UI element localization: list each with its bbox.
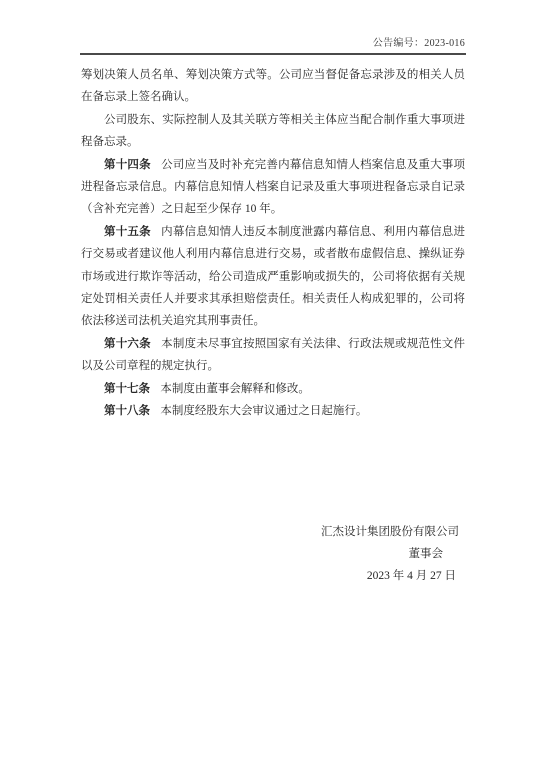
paragraph-continuation: 筹划决策人员名单、筹划决策方式等。公司应当督促备忘录涉及的相关人员在备忘录上签名…: [81, 64, 465, 109]
paragraph-text: 内幕信息知情人违反本制度泄露内幕信息、利用内幕信息进行交易或者建议他人利用内幕信…: [81, 226, 465, 328]
paragraph-shareholders: 公司股东、实际控制人及其关联方等相关主体应当配合制作重大事项进程备忘录。: [81, 109, 465, 154]
article-number: 第十八条: [104, 405, 150, 417]
header-divider: [80, 53, 466, 55]
paragraph-text: 本制度经股东大会审议通过之日起施行。: [160, 405, 367, 417]
article-number: 第十七条: [104, 383, 150, 395]
paragraph-article-16: 第十六条本制度未尽事宜按照国家有关法律、行政法规或规范性文件以及公司章程的规定执…: [81, 333, 465, 378]
paragraph-article-17: 第十七条本制度由董事会解释和修改。: [81, 378, 465, 400]
article-number: 第十六条: [104, 338, 151, 350]
document-page: 公告编号：2023-016 筹划决策人员名单、筹划决策方式等。公司应当督促备忘录…: [0, 0, 545, 771]
signature-signer: 董事会: [81, 543, 465, 565]
signature-date: 2023 年 4 月 27 日: [81, 565, 465, 587]
paragraph-article-14: 第十四条公司应当及时补充完善内幕信息知情人档案信息及重大事项进程备忘录信息。内幕…: [81, 154, 465, 221]
article-number: 第十五条: [104, 226, 151, 238]
document-body: 筹划决策人员名单、筹划决策方式等。公司应当督促备忘录涉及的相关人员在备忘录上签名…: [81, 64, 465, 423]
paragraph-article-15: 第十五条内幕信息知情人违反本制度泄露内幕信息、利用内幕信息进行交易或者建议他人利…: [81, 221, 465, 333]
paragraph-text: 本制度由董事会解释和修改。: [160, 383, 310, 395]
paragraph-article-18: 第十八条本制度经股东大会审议通过之日起施行。: [81, 400, 465, 422]
paragraph-text: 筹划决策人员名单、筹划决策方式等。公司应当督促备忘录涉及的相关人员在备忘录上签名…: [81, 69, 465, 103]
signature-block: 汇杰设计集团股份有限公司 董事会 2023 年 4 月 27 日: [81, 521, 465, 588]
signature-company: 汇杰设计集团股份有限公司: [81, 521, 465, 543]
announcement-number: 公告编号：2023-016: [373, 38, 465, 49]
document-header: 公告编号：2023-016: [0, 0, 545, 49]
paragraph-text: 公司股东、实际控制人及其关联方等相关主体应当配合制作重大事项进程备忘录。: [81, 114, 465, 148]
article-number: 第十四条: [104, 159, 151, 171]
